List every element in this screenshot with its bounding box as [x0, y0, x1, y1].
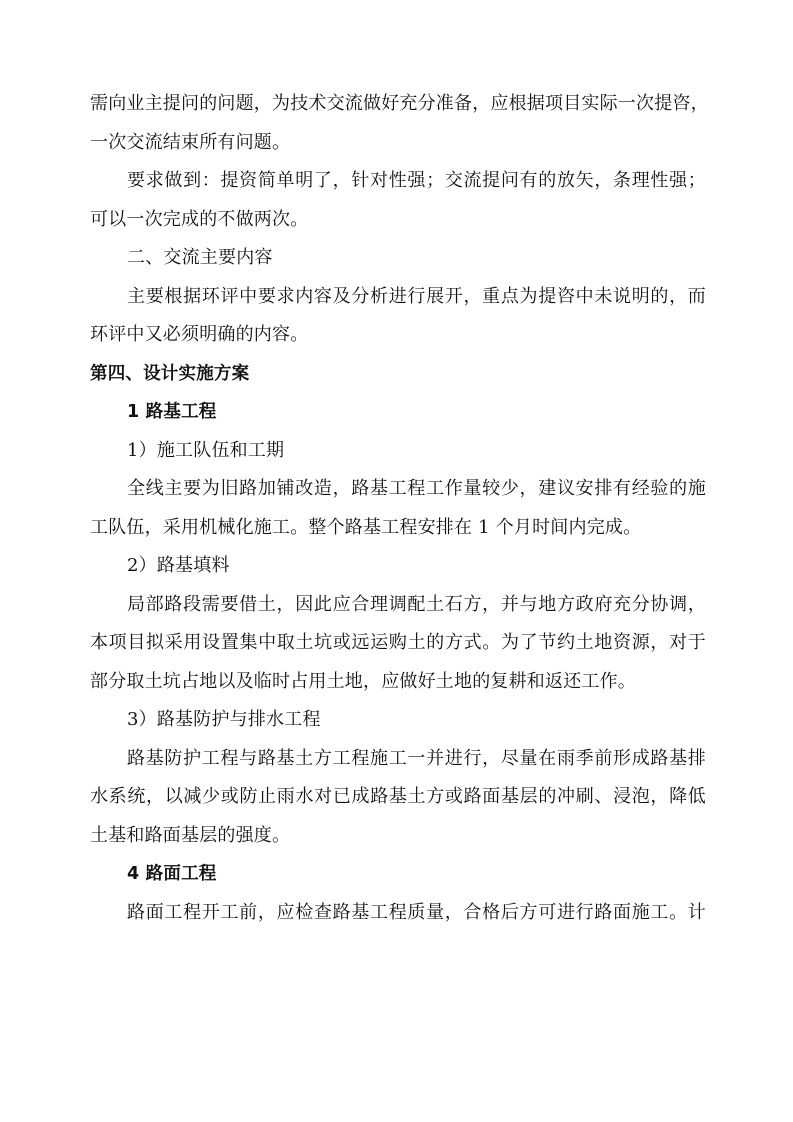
- subheading: 3）路基防护与排水工程: [127, 706, 321, 744]
- paragraph-line: 需向业主提问的问题，为技术交流做好充分准备，应根据项目实际一次提咨，: [90, 90, 706, 128]
- paragraph-line: 环评中又必须明确的内容。: [90, 321, 308, 359]
- paragraph-line: 一次交流结束所有问题。: [90, 129, 290, 167]
- subheading: 2）路基填料: [127, 552, 230, 590]
- subheading: 1）施工队伍和工期: [127, 437, 284, 475]
- paragraph-line: 可以一次完成的不做两次。: [90, 206, 308, 244]
- paragraph-line: 本项目拟采用设置集中取土坑或远运购土的方式。为了节约土地资源，对于: [90, 629, 706, 667]
- paragraph-line: 工队伍，采用机械化施工。整个路基工程安排在 1 个月时间内完成。: [90, 514, 641, 552]
- paragraph-line: 水系统，以减少或防止雨水对已成路基土方或路面基层的冲刷、浸泡，降低: [90, 783, 706, 821]
- paragraph-line: 路基防护工程与路基土方工程施工一并进行，尽量在雨季前形成路基排: [127, 745, 706, 783]
- paragraph-line: 土基和路面基层的强度。: [90, 822, 290, 860]
- chapter-heading: 第四、设计实施方案: [90, 360, 249, 398]
- paragraph-line: 全线主要为旧路加铺改造，路基工程工作量较少，建议安排有经验的施: [127, 475, 706, 513]
- subheading: 二、交流主要内容: [127, 244, 273, 282]
- section-heading: 1 路基工程: [127, 398, 216, 436]
- paragraph-line: 主要根据环评中要求内容及分析进行展开，重点为提咨中未说明的，而: [127, 283, 706, 321]
- paragraph-line: 路面工程开工前，应检查路基工程质量，合格后方可进行路面施工。计: [127, 899, 706, 937]
- section-heading: 4 路面工程: [127, 860, 216, 898]
- paragraph-line: 局部路段需要借土，因此应合理调配土石方，并与地方政府充分协调，: [127, 591, 706, 629]
- paragraph-line: 要求做到：提资简单明了，针对性强；交流提问有的放矢，条理性强；: [127, 167, 706, 205]
- paragraph-line: 部分取土坑占地以及临时占用土地，应做好土地的复耕和返还工作。: [90, 668, 636, 706]
